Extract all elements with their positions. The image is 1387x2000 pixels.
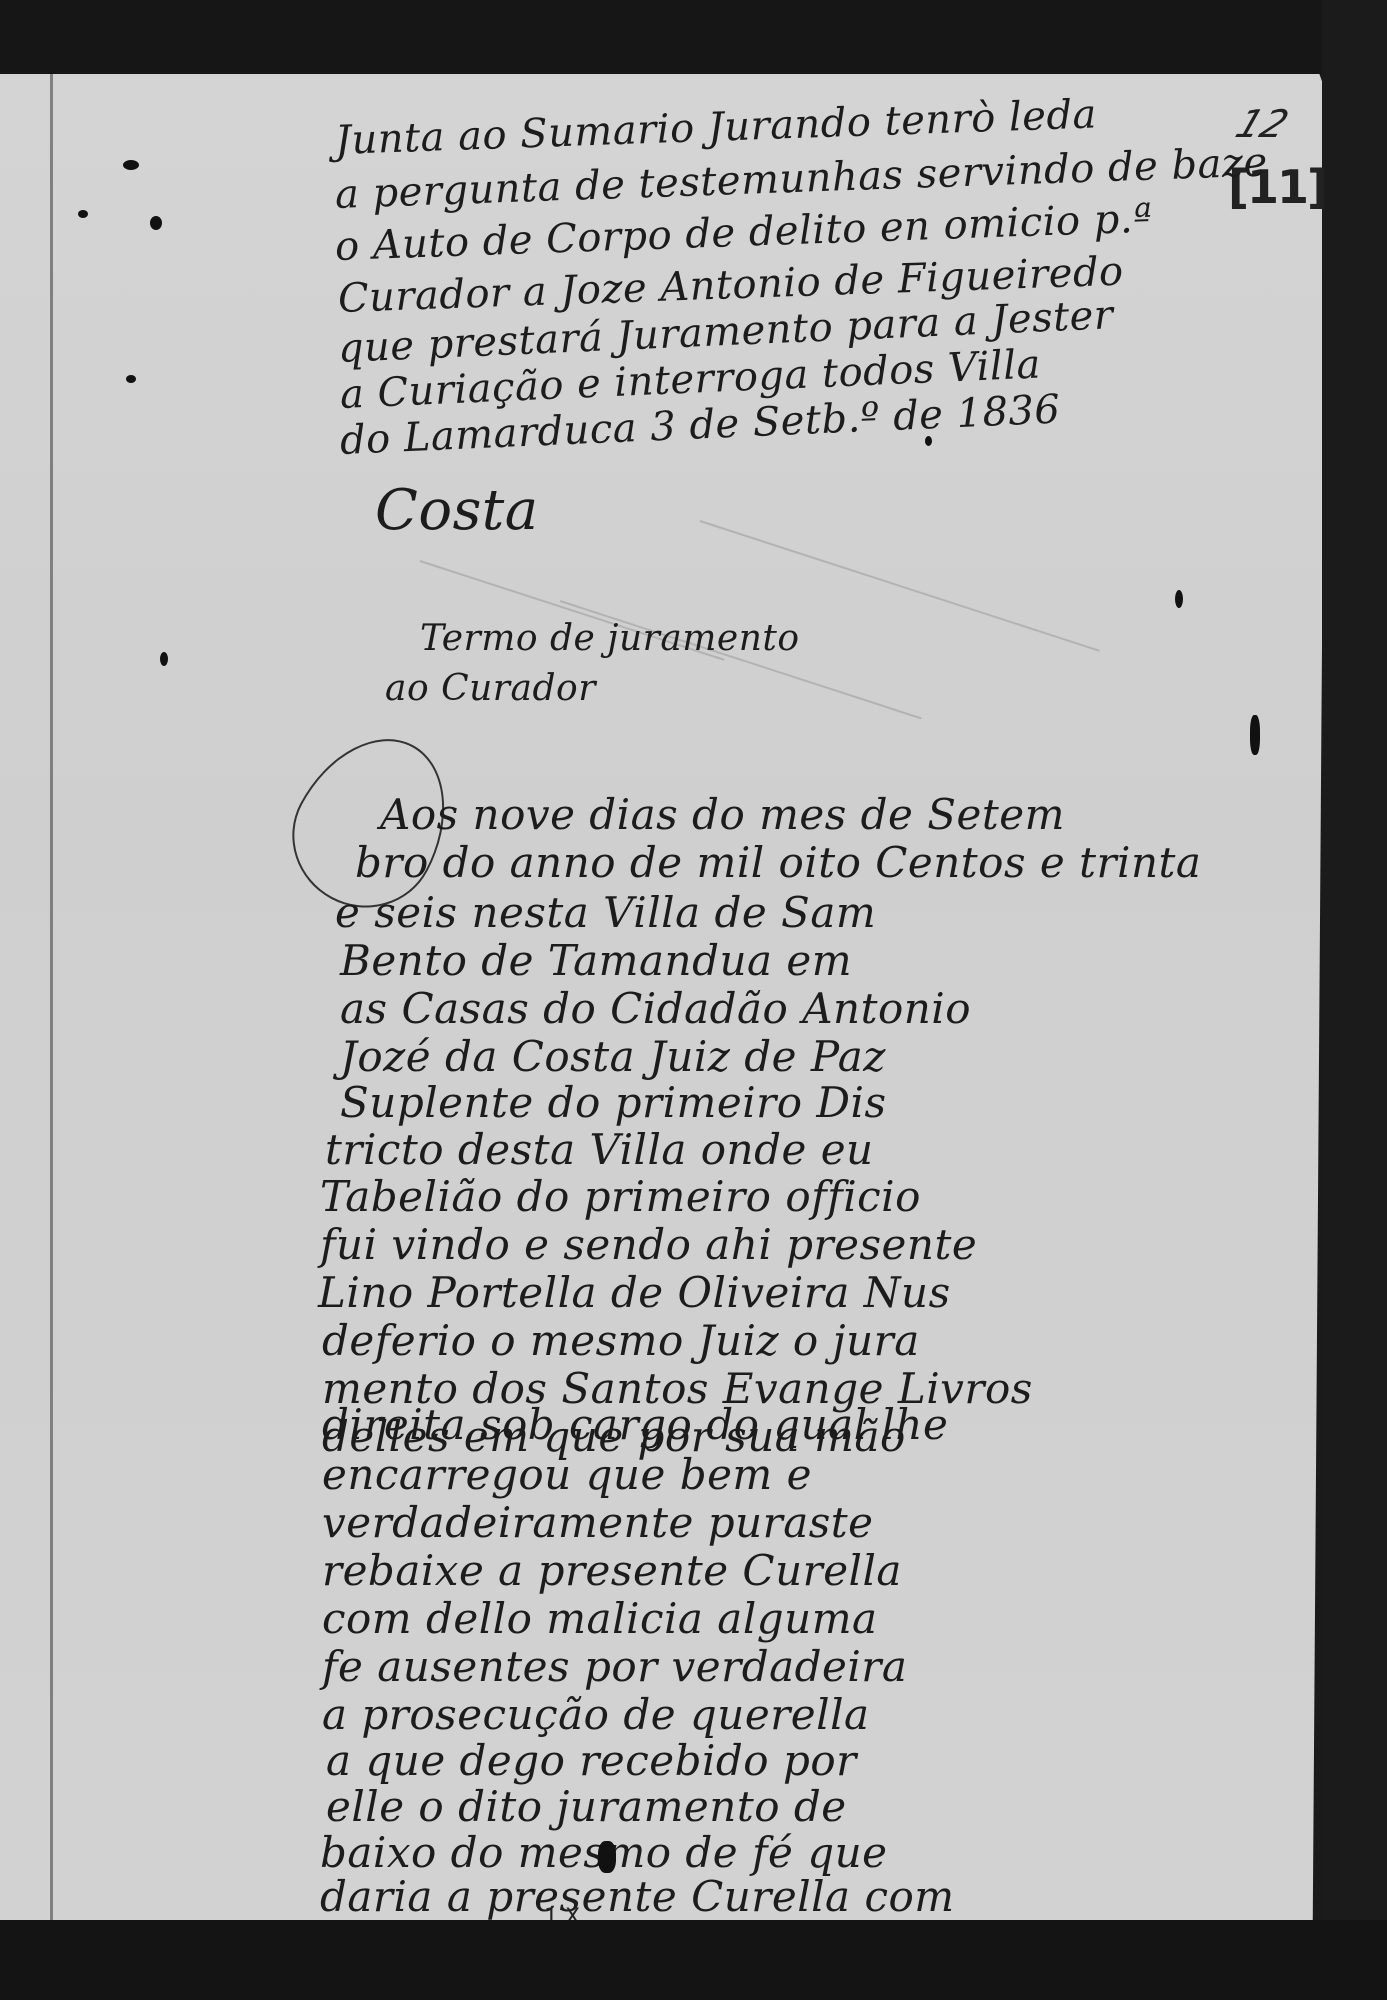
ink-spot (123, 160, 139, 170)
section-title-line: Termo de juramento (420, 618, 800, 659)
ink-spot (126, 375, 136, 383)
ink-spot (925, 436, 932, 446)
body-line: elle o dito juramento de (326, 1782, 847, 1831)
ink-spot (1250, 715, 1260, 755)
scan-top-border (0, 0, 1387, 74)
body-line: encarregou que bem e (322, 1450, 812, 1499)
body-line: a que dego recebido por (326, 1736, 857, 1785)
ink-spot (598, 1841, 616, 1873)
body-line: e seis nesta Villa de Sam (335, 888, 876, 937)
binding-fold-line (50, 74, 53, 1922)
section-title-line: ao Curador (385, 668, 596, 709)
signature: Costa (375, 478, 539, 543)
body-line: rebaixe a presente Curella (322, 1546, 902, 1595)
body-line: a prosecução de querella (322, 1690, 870, 1739)
body-line: fui vindo e sendo ahi presente (320, 1220, 977, 1269)
ink-spot (1175, 590, 1183, 608)
body-line: fe ausentes por verdadeira (322, 1642, 907, 1691)
body-line: tricto desta Villa onde eu (325, 1125, 874, 1174)
body-line: Jozé da Costa Juiz de Paz (340, 1032, 886, 1081)
body-line: verdadeiramente puraste (322, 1498, 874, 1547)
body-line: bro do anno de mil oito Centos e trinta (355, 838, 1201, 887)
ink-spot (78, 210, 88, 218)
body-line: Tabelião do primeiro officio (320, 1172, 921, 1221)
body-line: Lino Portella de Oliveira Nus (318, 1268, 951, 1317)
body-line: Bento de Tamandua em (340, 936, 852, 985)
ink-spot (160, 652, 168, 666)
scan-bottom-border (0, 1920, 1387, 2000)
body-line: direita sob cargo do qual lhe (322, 1400, 948, 1449)
body-line: deferio o mesmo Juiz o jura (322, 1316, 920, 1365)
ink-spot (150, 216, 162, 230)
body-line: as Casas do Cidadão Antonio (340, 984, 971, 1033)
body-line: Suplente do primeiro Dis (340, 1078, 887, 1127)
body-line: Aos nove dias do mes de Setem (380, 790, 1065, 839)
body-line: com dello malicia alguma (322, 1594, 878, 1643)
body-line: daria a presente Curella com (320, 1872, 955, 1921)
scan-right-border (1322, 0, 1387, 2000)
